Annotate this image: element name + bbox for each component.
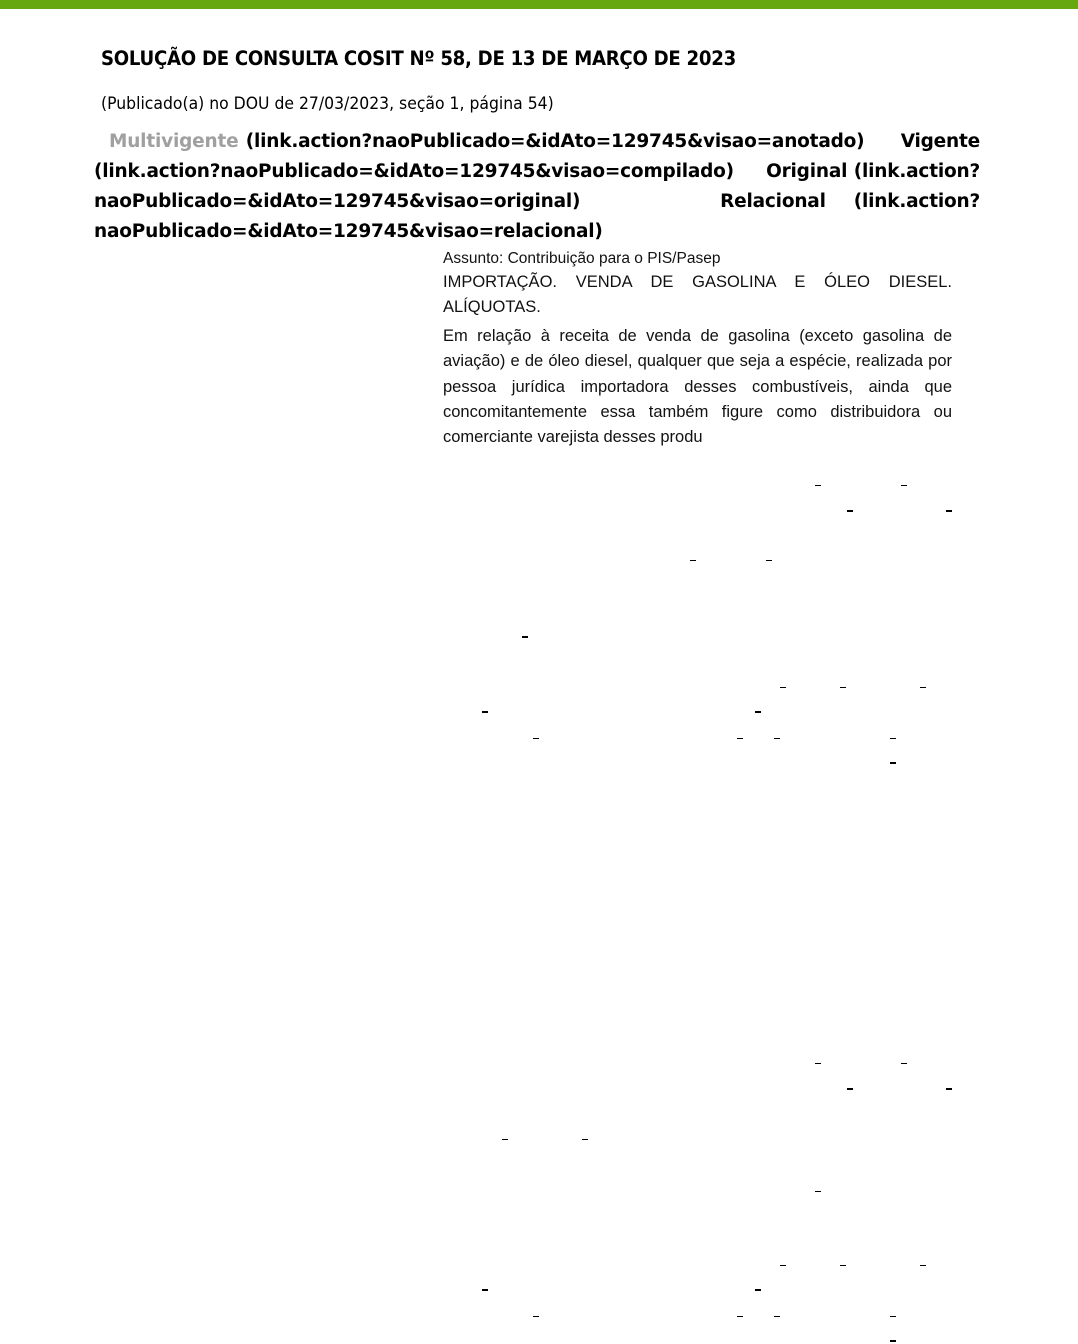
dash-artifact xyxy=(847,1088,853,1090)
dash-artifact xyxy=(502,1139,508,1140)
ementa-body: Em relação à receita de venda de gasolin… xyxy=(443,324,952,450)
dash-artifact xyxy=(737,1316,743,1317)
top-accent-bar xyxy=(0,0,1078,9)
ementa-block: Assunto: Contribuição para o PIS/Pasep I… xyxy=(443,249,952,450)
dash-artifact xyxy=(582,1139,588,1140)
dash-artifact xyxy=(890,738,896,739)
dash-artifact xyxy=(815,1063,821,1064)
view-link-multivigente[interactable]: Multivigente (link.action?naoPublicado=&… xyxy=(109,131,864,152)
dash-artifact xyxy=(815,1191,821,1192)
dash-artifact xyxy=(482,711,488,713)
dash-artifact xyxy=(847,510,853,512)
dash-artifact xyxy=(737,738,743,739)
dash-artifact xyxy=(946,1088,952,1090)
ementa-caption: IMPORTAÇÃO. VENDA DE GASOLINA E ÓLEO DIE… xyxy=(443,270,952,320)
dash-artifact xyxy=(920,687,926,688)
dash-artifact xyxy=(920,1265,926,1266)
dash-artifact xyxy=(533,1316,539,1317)
dash-artifact xyxy=(840,687,846,688)
document-title: SOLUÇÃO DE CONSULTA COSIT Nº 58, DE 13 D… xyxy=(101,47,736,70)
view-links: Multivigente (link.action?naoPublicado=&… xyxy=(94,127,980,247)
dash-artifact xyxy=(890,1340,896,1342)
dash-artifact xyxy=(890,762,896,764)
publication-info: (Publicado(a) no DOU de 27/03/2023, seçã… xyxy=(101,94,554,114)
dash-artifact xyxy=(901,485,907,486)
dash-artifact xyxy=(901,1063,907,1064)
dash-artifact xyxy=(690,560,696,561)
dash-artifact xyxy=(482,1289,488,1291)
dash-artifact xyxy=(840,1265,846,1266)
dash-artifact xyxy=(774,1316,780,1317)
dash-artifact xyxy=(780,687,786,688)
assunto-line: Assunto: Contribuição para o PIS/Pasep xyxy=(443,249,952,269)
dash-artifact xyxy=(780,1265,786,1266)
dash-artifact xyxy=(774,738,780,739)
dash-artifact xyxy=(755,1289,761,1291)
dash-artifact xyxy=(522,636,528,638)
dash-artifact xyxy=(815,485,821,486)
dash-artifact xyxy=(946,510,952,512)
dash-artifact xyxy=(755,711,761,713)
dash-artifact xyxy=(766,560,772,561)
dash-artifact xyxy=(890,1316,896,1317)
dash-artifact xyxy=(533,738,539,739)
